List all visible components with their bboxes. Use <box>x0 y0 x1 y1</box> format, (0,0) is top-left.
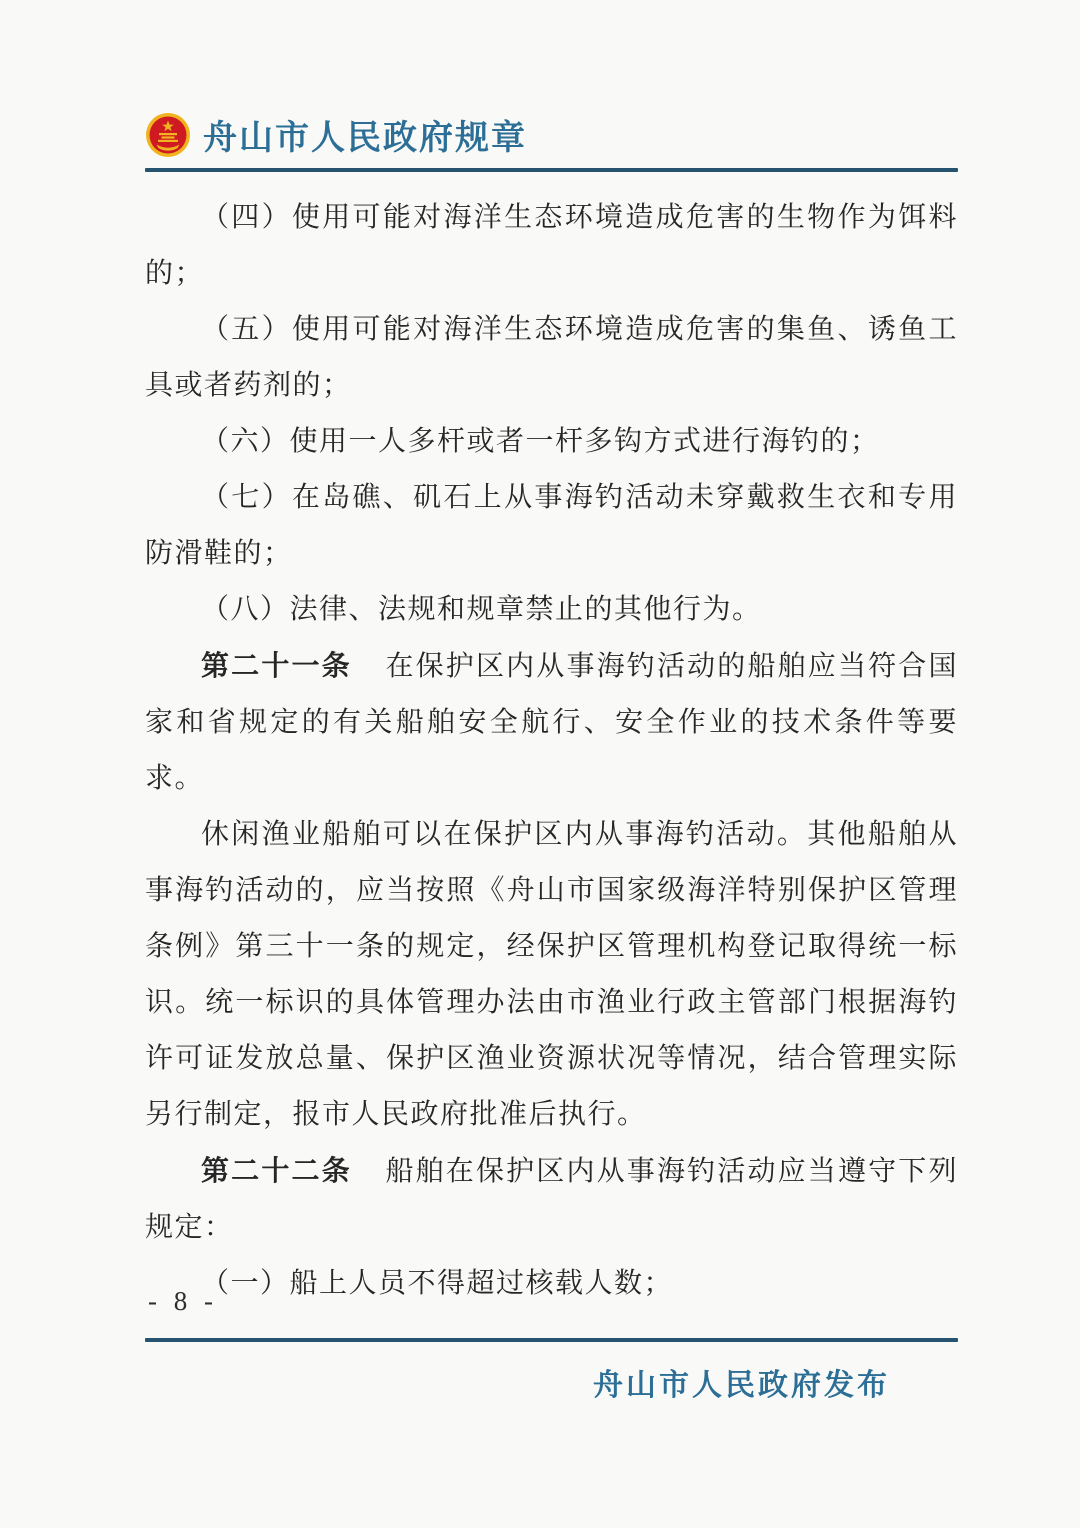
article-paragraph: 第二十二条船舶在保护区内从事海钓活动应当遵守下列规定： <box>145 1143 958 1256</box>
clause-text: （七）在岛礁、矶石上从事海钓活动未穿戴救生衣和专用防滑鞋的； <box>145 482 958 569</box>
clause-item: （四）使用可能对海洋生态环境造成危害的生物作为饵料的； <box>145 190 958 302</box>
clause-item: （六）使用一人多杆或者一杆多钩方式进行海钓的； <box>145 414 958 470</box>
clause-item: （一）船上人员不得超过核载人数； <box>145 1256 958 1312</box>
header-divider <box>145 168 958 172</box>
clause-text: （六）使用一人多杆或者一杆多钩方式进行海钓的； <box>201 426 880 457</box>
page-number: - 8 - <box>148 1286 218 1317</box>
footer-divider <box>145 1338 958 1342</box>
paragraph-text: 休闲渔业船舶可以在保护区内从事海钓活动。其他船舶从事海钓活动的，应当按照《舟山市… <box>145 819 958 1130</box>
national-emblem-icon <box>145 112 191 158</box>
article-number-label: 第二十一条 <box>201 650 352 681</box>
page-title: 舟山市人民政府规章 <box>203 110 527 159</box>
clause-text: （一）船上人员不得超过核载人数； <box>201 1268 673 1299</box>
body-paragraph: 休闲渔业船舶可以在保护区内从事海钓活动。其他船舶从事海钓活动的，应当按照《舟山市… <box>145 807 958 1143</box>
clause-text: （五）使用可能对海洋生态环境造成危害的集鱼、诱鱼工具或者药剂的； <box>145 314 958 401</box>
clause-item: （五）使用可能对海洋生态环境造成危害的集鱼、诱鱼工具或者药剂的； <box>145 302 958 414</box>
clause-item: （七）在岛礁、矶石上从事海钓活动未穿戴救生衣和专用防滑鞋的； <box>145 470 958 582</box>
publisher-label: 舟山市人民政府发布 <box>593 1360 890 1404</box>
page-header: 舟山市人民政府规章 <box>145 0 958 159</box>
clause-text: （四）使用可能对海洋生态环境造成危害的生物作为饵料的； <box>145 202 958 289</box>
document-body: （四）使用可能对海洋生态环境造成危害的生物作为饵料的； （五）使用可能对海洋生态… <box>145 190 958 1312</box>
clause-text: （八）法律、法规和规章禁止的其他行为。 <box>201 594 762 625</box>
article-paragraph: 第二十一条在保护区内从事海钓活动的船舶应当符合国家和省规定的有关船舶安全航行、安… <box>145 638 958 807</box>
article-number-label: 第二十二条 <box>201 1155 352 1186</box>
clause-item: （八）法律、法规和规章禁止的其他行为。 <box>145 582 958 638</box>
